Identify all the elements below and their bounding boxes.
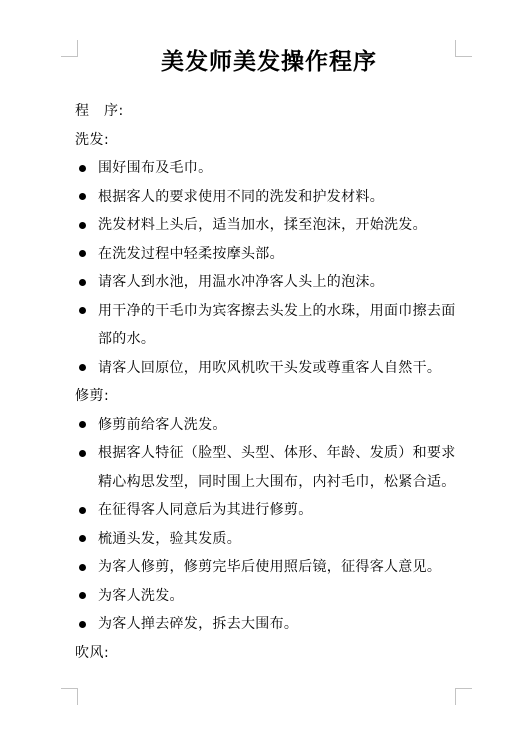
crop-mark-bottom-left-icon <box>61 688 78 705</box>
bullet-text: 请客人到水池，用温水冲净客人头上的泡沫。 <box>98 274 384 290</box>
section-heading: 洗发: <box>75 126 463 155</box>
bullet-text: 修剪前给客人洗发。 <box>98 417 227 433</box>
bullet-icon <box>79 450 86 457</box>
bullet-item: 在征得客人同意后为其进行修剪。 <box>75 496 463 525</box>
bullet-text: 梳通头发，验其发质。 <box>98 531 241 547</box>
section-heading: 吹风: <box>75 639 463 668</box>
bullet-icon <box>79 279 86 286</box>
bullet-item: 请客人到水池，用温水冲净客人头上的泡沫。 <box>75 268 463 297</box>
bullet-text: 在征得客人同意后为其进行修剪。 <box>98 502 313 518</box>
bullet-icon <box>79 222 86 229</box>
bullet-text: 为客人洗发。 <box>98 588 184 604</box>
bullet-item: 梳通头发，验其发质。 <box>75 525 463 554</box>
bullet-item: 围好围布及毛巾。 <box>75 154 463 183</box>
bullet-icon <box>79 535 86 542</box>
bullet-text: 根据客人特征（脸型、头型、体形、年龄、发质）和要求精心构思发型，同时围上大围布，… <box>98 445 456 490</box>
bullet-icon <box>79 621 86 628</box>
bullet-item: 修剪前给客人洗发。 <box>75 411 463 440</box>
bullet-text: 洗发材料上头后，适当加水，揉至泡沫，开始洗发。 <box>98 217 427 233</box>
bullet-text: 请客人回原位，用吹风机吹干头发或尊重客人自然干。 <box>98 360 441 376</box>
document-body: 程 序:洗发:围好围布及毛巾。根据客人的要求使用不同的洗发和护发材料。洗发材料上… <box>75 97 463 667</box>
bullet-text: 为客人修剪，修剪完毕后使用照后镜，征得客人意见。 <box>98 559 441 575</box>
bullet-item: 根据客人特征（脸型、头型、体形、年龄、发质）和要求精心构思发型，同时围上大围布，… <box>75 439 463 496</box>
bullet-item: 洗发材料上头后，适当加水，揉至泡沫，开始洗发。 <box>75 211 463 240</box>
bullet-item: 根据客人的要求使用不同的洗发和护发材料。 <box>75 183 463 212</box>
bullet-item: 为客人洗发。 <box>75 582 463 611</box>
bullet-text: 用干净的干毛巾为宾客擦去头发上的水珠，用面巾擦去面部的水。 <box>98 303 456 348</box>
section-heading: 程 序: <box>75 97 463 126</box>
bullet-text: 在洗发过程中轻柔按摩头部。 <box>98 246 284 262</box>
bullet-item: 为客人修剪，修剪完毕后使用照后镜，征得客人意见。 <box>75 553 463 582</box>
bullet-item: 用干净的干毛巾为宾客擦去头发上的水珠，用面巾擦去面部的水。 <box>75 297 463 354</box>
bullet-icon <box>79 564 86 571</box>
bullet-text: 为客人掸去碎发，拆去大围布。 <box>98 616 298 632</box>
document-content: 美发师美发操作程序 程 序:洗发:围好围布及毛巾。根据客人的要求使用不同的洗发和… <box>75 47 463 667</box>
bullet-icon <box>79 193 86 200</box>
bullet-icon <box>79 421 86 428</box>
section-heading: 修剪: <box>75 382 463 411</box>
bullet-icon <box>79 307 86 314</box>
document-page: 美发师美发操作程序 程 序:洗发:围好围布及毛巾。根据客人的要求使用不同的洗发和… <box>0 0 531 749</box>
bullet-icon <box>79 250 86 257</box>
section-heading-text: 程 序: <box>75 103 124 119</box>
document-title: 美发师美发操作程序 <box>75 47 463 78</box>
bullet-text: 围好围布及毛巾。 <box>98 160 212 176</box>
section-heading-text: 修剪: <box>75 388 109 404</box>
bullet-text: 根据客人的要求使用不同的洗发和护发材料。 <box>98 189 384 205</box>
bullet-icon <box>79 165 86 172</box>
crop-mark-bottom-right-icon <box>455 688 472 705</box>
bullet-item: 请客人回原位，用吹风机吹干头发或尊重客人自然干。 <box>75 354 463 383</box>
bullet-item: 在洗发过程中轻柔按摩头部。 <box>75 240 463 269</box>
bullet-item: 为客人掸去碎发，拆去大围布。 <box>75 610 463 639</box>
bullet-icon <box>79 364 86 371</box>
bullet-icon <box>79 507 86 514</box>
section-heading-text: 吹风: <box>75 645 109 661</box>
section-heading-text: 洗发: <box>75 132 109 148</box>
bullet-icon <box>79 592 86 599</box>
